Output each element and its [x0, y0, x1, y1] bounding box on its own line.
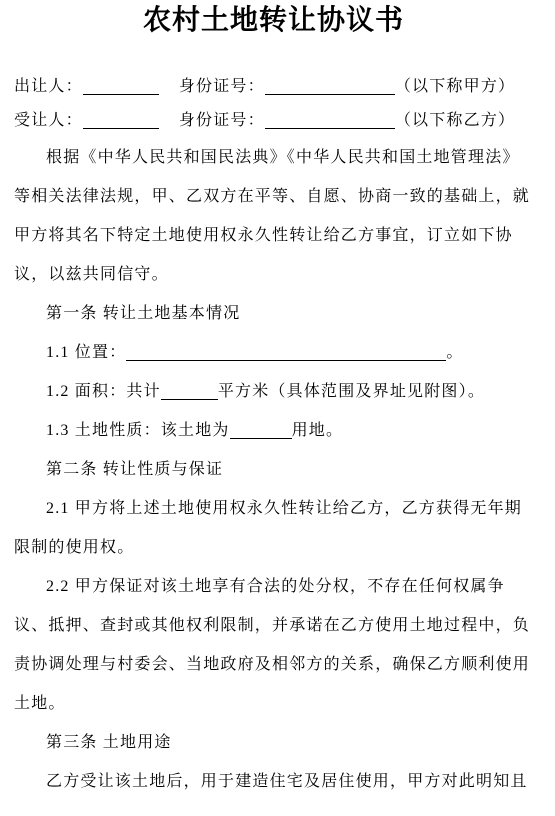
- party-row: 受让人：身份证号：（以下称乙方）: [14, 104, 533, 138]
- section-heading: 第一条 转让土地基本情况: [14, 294, 533, 333]
- preamble-paragraph: 根据《中华人民共和国民法典》《中华人民共和国土地管理法》等相关法律法规，甲、乙双…: [14, 138, 533, 294]
- document-body: 根据《中华人民共和国民法典》《中华人民共和国土地管理法》等相关法律法规，甲、乙双…: [14, 138, 533, 801]
- clause-paragraph: 2.1 甲方将上述土地使用权永久性转让给乙方，乙方获得无年期限制的使用权。: [14, 489, 533, 567]
- clause-text: 2.1 甲方将上述土地使用权永久性转让给乙方，乙方获得无年期限制的使用权。: [14, 500, 522, 556]
- section-heading: 第三条 土地用途: [14, 723, 533, 762]
- clause-paragraph: 1.3 土地性质：该土地为用地。: [14, 411, 533, 450]
- clause-text: 乙方受让该土地后，用于建造住宅及居住使用，甲方对此明知且: [46, 773, 528, 790]
- party-id-blank-line: [265, 114, 395, 129]
- party-id-label: 身份证号：: [179, 78, 265, 95]
- fill-in-blank-line: [126, 346, 446, 361]
- clause-text: 1.3 土地性质：该土地为: [46, 422, 230, 439]
- clause-text: 2.2 甲方保证对该土地享有合法的处分权，不存在任何权属争议、抵押、查封或其他权…: [14, 578, 530, 712]
- document-page: 农村土地转让协议书 出让人：身份证号：（以下称甲方）受让人：身份证号：（以下称乙…: [0, 0, 555, 816]
- section-heading: 第二条 转让性质与保证: [14, 450, 533, 489]
- document-title: 农村土地转让协议书: [14, 2, 533, 38]
- fill-in-blank-line: [230, 424, 292, 439]
- party-alias-label: （以下称甲方）: [395, 78, 515, 95]
- clause-text: 用地。: [292, 422, 344, 439]
- clause-paragraph: 2.2 甲方保证对该土地享有合法的处分权，不存在任何权属争议、抵押、查封或其他权…: [14, 567, 533, 723]
- party-role-label: 出让人：: [14, 78, 83, 95]
- sections-block: 第一条 转让土地基本情况1.1 位置：。1.2 面积：共计平方米（具体范围及界址…: [14, 294, 533, 801]
- fill-in-blank-line: [161, 385, 218, 400]
- clause-text: 1.2 面积：共计: [46, 383, 161, 400]
- party-name-blank-line: [83, 80, 159, 95]
- party-role-label: 受让人：: [14, 112, 83, 129]
- clause-text: 1.1 位置：: [46, 344, 126, 361]
- clause-paragraph: 1.1 位置：。: [14, 333, 533, 372]
- party-id-blank-line: [265, 80, 395, 95]
- clause-paragraph: 1.2 面积：共计平方米（具体范围及界址见附图）。: [14, 372, 533, 411]
- party-id-label: 身份证号：: [179, 112, 265, 129]
- clause-text: 平方米（具体范围及界址见附图）。: [218, 383, 485, 400]
- parties-block: 出让人：身份证号：（以下称甲方）受让人：身份证号：（以下称乙方）: [14, 70, 533, 138]
- party-row: 出让人：身份证号：（以下称甲方）: [14, 70, 533, 104]
- party-name-blank-line: [83, 114, 159, 129]
- party-alias-label: （以下称乙方）: [395, 112, 515, 129]
- clause-text: 。: [446, 344, 463, 361]
- clause-paragraph: 乙方受让该土地后，用于建造住宅及居住使用，甲方对此明知且: [14, 762, 533, 801]
